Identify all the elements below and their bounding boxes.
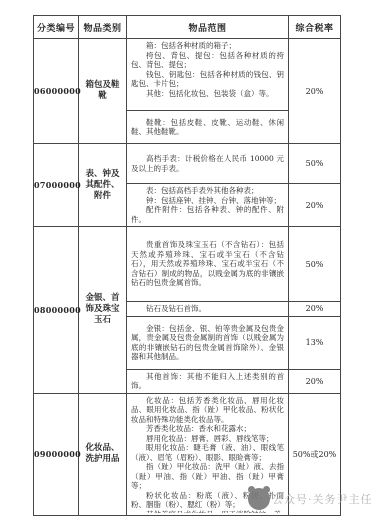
- cell-code: 06000000: [34, 39, 79, 144]
- cell-category: 金银、首饰及珠宝玉石: [79, 227, 127, 394]
- scope-paragraph: 其他首饰：其他不能归入上述类别的首饰。: [131, 372, 284, 391]
- cell-category: 箱包及鞋靴: [79, 39, 127, 144]
- header-item-category: 物品类别: [79, 16, 127, 39]
- scope-paragraph: 钟：包括座钟、挂钟、台钟、落地钟等；: [131, 196, 284, 206]
- cell-scope: 箱：包括各种材质的箱子；挎包、背包、提包：包括各种材质的挎包、背包、提包；钱包、…: [127, 39, 289, 111]
- cell-rate: 20%: [289, 39, 341, 144]
- scope-paragraphs: 贵重首饰及珠宝玉石（不含钻石）：包括天然或养殖珍珠、宝石或半宝石（不含钻石），用…: [131, 240, 284, 288]
- cell-scope: 其他首饰：其他不能归入上述类别的首饰。: [127, 369, 289, 393]
- cell-code: 07000000: [34, 144, 79, 227]
- scope-paragraph: 表：包括高档手表外其他各种表；: [131, 186, 284, 196]
- header-composite-tax-rate: 综合税率: [289, 16, 341, 39]
- cell-category: 表、钟及其配件、附件: [79, 144, 127, 227]
- scope-paragraphs: 鞋靴：包括皮鞋、皮靴、运动鞋、休闲鞋、其他鞋靴。: [131, 118, 284, 137]
- scope-paragraph: 配件附件：包括各种表、钟的配件、附件。: [131, 205, 284, 224]
- scope-paragraph: 指（趾）甲化妆品：洗甲（趾）液、去指（趾）甲油、指（趾）甲油、指（趾）甲膏等；: [131, 462, 284, 491]
- header-classification-code: 分类编号: [34, 16, 79, 39]
- scope-paragraph: 箱：包括各种材质的箱子；: [131, 41, 284, 51]
- table-row: 06000000 箱包及鞋靴 箱：包括各种材质的箱子；挎包、背包、提包：包括各种…: [34, 39, 341, 111]
- cell-scope: 贵重首饰及珠宝玉石（不含钻石）：包括天然或养殖珍珠、宝石或半宝石（不含钻石），用…: [127, 227, 289, 302]
- watermark-text: 公众号·关务尹主任: [272, 491, 372, 507]
- scope-paragraphs: 表：包括高档手表外其他各种表；钟：包括座钟、挂钟、台钟、落地钟等；配件附件：包括…: [131, 186, 284, 224]
- cell-scope: 表：包括高档手表外其他各种表；钟：包括座钟、挂钟、台钟、落地钟等；配件附件：包括…: [127, 184, 289, 227]
- scope-paragraph: 化妆品：包括芳香类化妆品、唇用化妆品、眼用化妆品、指（趾）甲化妆品、粉状化妆品和…: [131, 396, 284, 425]
- scanned-tax-document-page: 分类编号 物品类别 物品范围 综合税率 06000000 箱包及鞋靴 箱：包括各…: [0, 0, 372, 520]
- cell-rate: 20%: [289, 302, 341, 317]
- scope-paragraph: 挎包、背包、提包：包括各种材质的挎包、背包、提包；: [131, 51, 284, 70]
- cell-scope: 鞋靴：包括皮鞋、皮靴、运动鞋、休闲鞋、其他鞋靴。: [127, 111, 289, 144]
- cell-scope: 钻石及钻石首饰。: [127, 302, 289, 317]
- scope-paragraphs: 高档手表：计税价格在人民币 10000 元及以上的手表。: [131, 154, 284, 173]
- watermark: 公众号·关务尹主任: [248, 488, 372, 510]
- cell-rate: 13%: [289, 316, 341, 369]
- cell-scope: 高档手表：计税价格在人民币 10000 元及以上的手表。: [127, 144, 289, 184]
- cell-category: 化妆品、洗护用品: [79, 393, 127, 515]
- cell-code: 08000000: [34, 227, 79, 394]
- scope-paragraph: 钻石及钻石首饰。: [131, 304, 284, 314]
- scope-paragraph: 金银：包括金、银、铂等贵金属及包贵金属，贵金属及包贵金属制的首饰（以贱金属为底的…: [131, 324, 284, 362]
- scope-paragraphs: 金银：包括金、银、铂等贵金属及包贵金属，贵金属及包贵金属制的首饰（以贱金属为底的…: [131, 324, 284, 362]
- scope-paragraph: 鞋靴：包括皮鞋、皮靴、运动鞋、休闲鞋、其他鞋靴。: [131, 118, 284, 137]
- cell-rate: 50%: [289, 144, 341, 184]
- table-row: 07000000 表、钟及其配件、附件 高档手表：计税价格在人民币 10000 …: [34, 144, 341, 184]
- scope-paragraph: 眼用化妆品：睫毛膏（液、油）、眼线笔（液）、眉笔（眉粉）、眼影、眼睑膏等；: [131, 443, 284, 462]
- scope-paragraphs: 钻石及钻石首饰。: [131, 304, 284, 314]
- table-header-row: 分类编号 物品类别 物品范围 综合税率: [34, 16, 341, 39]
- scope-paragraph: 芳香类化妆品：香水和花露水；: [131, 424, 284, 434]
- cell-code: 09000000: [34, 393, 79, 515]
- scope-paragraph: 高档手表：计税价格在人民币 10000 元及以上的手表。: [131, 154, 284, 173]
- cell-rate: 50%: [289, 227, 341, 302]
- scope-paragraph: 贵重首饰及珠宝玉石（不含钻石）：包括天然或养殖珍珠、宝石或半宝石（不含钻石），用…: [131, 240, 284, 288]
- watermark-logo-icon: [248, 488, 270, 510]
- header-item-scope: 物品范围: [127, 16, 289, 39]
- tax-category-table: 分类编号 物品类别 物品范围 综合税率 06000000 箱包及鞋靴 箱：包括各…: [33, 15, 341, 516]
- scope-paragraph: 唇用化妆品：唇膏、唇彩、唇线笔等；: [131, 434, 284, 444]
- scope-paragraph: 钱包、钥匙包：包括各种材质的钱包、钥匙包、卡片包；: [131, 70, 284, 89]
- cell-rate: 20%: [289, 369, 341, 393]
- table-row: 08000000 金银、首饰及珠宝玉石 贵重首饰及珠宝玉石（不含钻石）：包括天然…: [34, 227, 341, 302]
- scope-paragraphs: 其他首饰：其他不能归入上述类别的首饰。: [131, 372, 284, 391]
- scope-paragraph: 其他：包括化妆包、包装袋（盒）等。: [131, 89, 284, 99]
- scope-paragraphs: 箱：包括各种材质的箱子；挎包、背包、提包：包括各种材质的挎包、背包、提包；钱包、…: [131, 41, 284, 98]
- cell-rate: 20%: [289, 184, 341, 227]
- cell-scope: 金银：包括金、银、铂等贵金属及包贵金属，贵金属及包贵金属制的首饰（以贱金属为底的…: [127, 316, 289, 369]
